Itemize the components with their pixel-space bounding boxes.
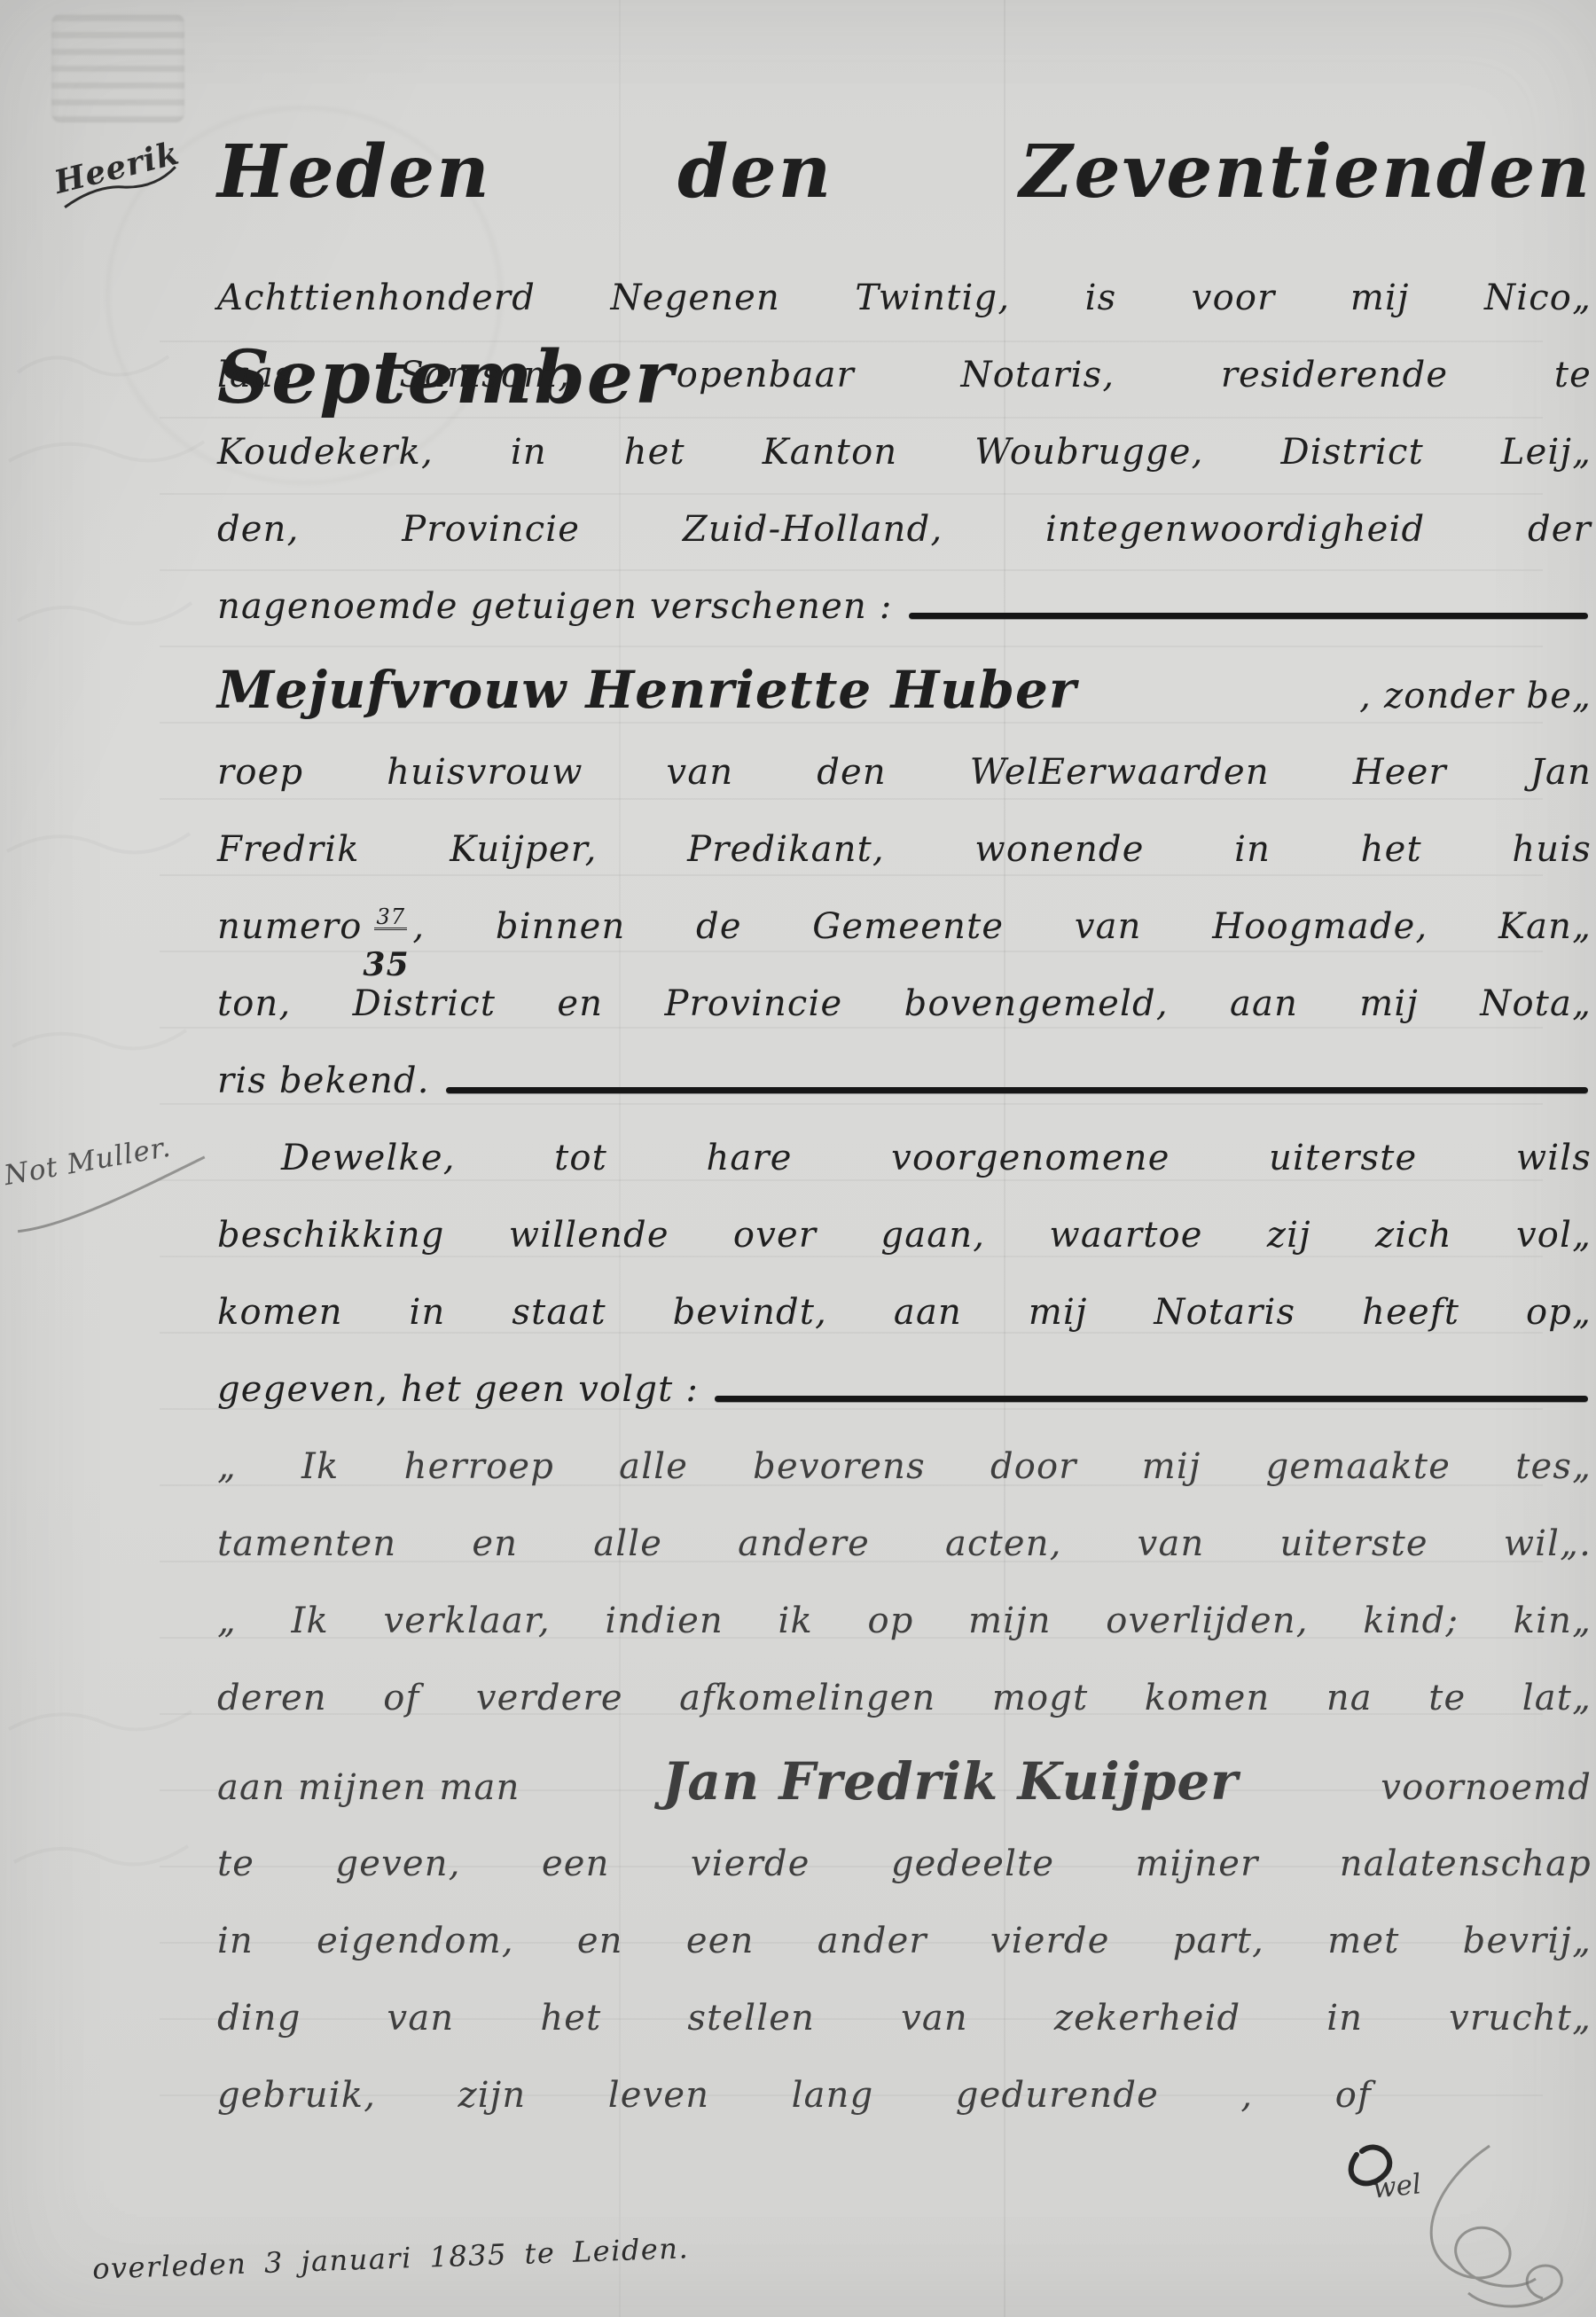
manuscript-line: Mejufvrouw Henriette Huber, zonder be„ — [217, 646, 1592, 734]
manuscript-text-segment: komen in staat bevindt, aan mij Notaris … — [217, 1292, 1592, 1333]
manuscript-text-segment: numero — [217, 888, 374, 966]
ink-flourish-icon — [1303, 2128, 1587, 2317]
manuscript-line: Heden den Zeventienden September — [217, 69, 1592, 260]
manuscript-line: laas Samsom, openbaar Notaris, resideren… — [217, 337, 1592, 414]
manuscript-line: gegeven, het geen volgt : — [217, 1351, 1592, 1429]
manuscript-text-segment: „ Ik verklaar, indien ik op mijn overlij… — [217, 1601, 1592, 1641]
manuscript-text-segment: Achttienhonderd Negenen Twintig, is voor… — [217, 278, 1592, 318]
manuscript-line: komen in staat bevindt, aan mij Notaris … — [217, 1274, 1592, 1351]
scanned-manuscript-page: Heden den Zeventienden SeptemberAchttien… — [0, 0, 1596, 2317]
filler-rule — [909, 613, 1588, 619]
manuscript-line: Koudekerk, in het Kanton Woubrugge, Dist… — [217, 414, 1592, 491]
manuscript-text-block: Heden den Zeventienden SeptemberAchttien… — [217, 69, 1592, 2134]
manuscript-text-segment: voornoemd — [1381, 1743, 1592, 1832]
filler-rule — [446, 1087, 1588, 1093]
manuscript-line: „ Ik verklaar, indien ik op mijn overlij… — [217, 1583, 1592, 1660]
manuscript-text-segment: te geven, een vierde gedeelte mijner nal… — [217, 1843, 1592, 1884]
manuscript-text-segment: gegeven, het geen volgt : — [217, 1351, 699, 1429]
manuscript-text-segment: ding van het stellen van zekerheid in vr… — [217, 1998, 1592, 2039]
manuscript-text-segment: deren of verdere afkomelingen mogt komen… — [217, 1678, 1592, 1718]
manuscript-text-segment: laas Samsom, openbaar Notaris, resideren… — [217, 355, 1592, 395]
manuscript-line: Dewelke, tot hare voorgenomene uiterste … — [217, 1120, 1592, 1197]
manuscript-line: nagenoemde getuigen verschenen : — [217, 568, 1592, 646]
embossed-tax-stamp — [51, 14, 184, 122]
manuscript-line: beschikking willende over gaan, waartoe … — [217, 1197, 1592, 1274]
catchword: wel — [1371, 2168, 1422, 2205]
manuscript-text-segment: Jan Fredrik Kuijper — [662, 1737, 1239, 1826]
manuscript-line: deren of verdere afkomelingen mogt komen… — [217, 1660, 1592, 1737]
manuscript-line: „ Ik herroep alle bevorens door mij gema… — [217, 1429, 1592, 1506]
manuscript-text-segment: ris bekend. — [217, 1043, 430, 1120]
manuscript-text-segment: Koudekerk, in het Kanton Woubrugge, Dist… — [217, 432, 1592, 473]
manuscript-text-segment: „ Ik herroep alle bevorens door mij gema… — [217, 1446, 1592, 1487]
manuscript-line: tamenten en alle andere acten, van uiter… — [217, 1506, 1592, 1583]
manuscript-text-segment: den, Provincie Zuid-Holland, integenwoor… — [217, 509, 1592, 550]
manuscript-line: roep huisvrouw van den WelEerwaarden Hee… — [217, 734, 1592, 811]
manuscript-text-segment: ton, District en Provincie bovengemeld, … — [217, 983, 1592, 1024]
manuscript-text-segment: Fredrik Kuijper, Predikant, wonende in h… — [217, 829, 1592, 870]
manuscript-text-segment: beschikking willende over gaan, waartoe … — [217, 1215, 1592, 1256]
manuscript-text-segment: Mejufvrouw Henriette Huber — [217, 646, 1076, 734]
manuscript-line: aan mijnen manJan Fredrik Kuijpervoornoe… — [217, 1737, 1592, 1826]
manuscript-text-segment: , binnen de Gemeente van Hoogmade, Kan„ — [412, 888, 1592, 966]
manuscript-line: in eigendom, en een ander vierde part, m… — [217, 1903, 1592, 1980]
manuscript-line: gebruik, zijn leven lang gedurende , of — [217, 2057, 1372, 2134]
manuscript-text-segment: in eigendom, en een ander vierde part, m… — [217, 1921, 1592, 1961]
manuscript-line: ton, District en Provincie bovengemeld, … — [217, 966, 1592, 1043]
manuscript-line: ris bekend. — [217, 1043, 1592, 1120]
manuscript-text-segment: nagenoemde getuigen verschenen : — [217, 568, 893, 646]
manuscript-line: numero 3735, binnen de Gemeente van Hoog… — [217, 888, 1592, 966]
manuscript-text-segment: roep huisvrouw van den WelEerwaarden Hee… — [217, 752, 1592, 793]
manuscript-text-segment: tamenten en alle andere acten, van uiter… — [217, 1523, 1592, 1564]
manuscript-line: den, Provincie Zuid-Holland, integenwoor… — [217, 491, 1592, 568]
filler-rule — [715, 1396, 1588, 1402]
manuscript-line: Fredrik Kuijper, Predikant, wonende in h… — [217, 811, 1592, 888]
death-annotation: overleden 3 januari 1835 te Leiden. — [92, 2231, 690, 2285]
manuscript-text-segment: 37 — [374, 906, 407, 930]
manuscript-text-segment: Dewelke, tot hare voorgenomene uiterste … — [281, 1138, 1592, 1178]
manuscript-text-segment: aan mijnen man — [217, 1743, 520, 1832]
manuscript-text-segment: , zonder be„ — [1359, 652, 1592, 740]
manuscript-line: Achttienhonderd Negenen Twintig, is voor… — [217, 260, 1592, 337]
manuscript-text-segment: gebruik, zijn leven lang gedurende , of — [217, 2075, 1372, 2116]
margin-note-muller: Not Muller. — [2, 1125, 216, 1240]
manuscript-line: te geven, een vierde gedeelte mijner nal… — [217, 1826, 1592, 1903]
manuscript-line: ding van het stellen van zekerheid in vr… — [217, 1980, 1592, 2057]
